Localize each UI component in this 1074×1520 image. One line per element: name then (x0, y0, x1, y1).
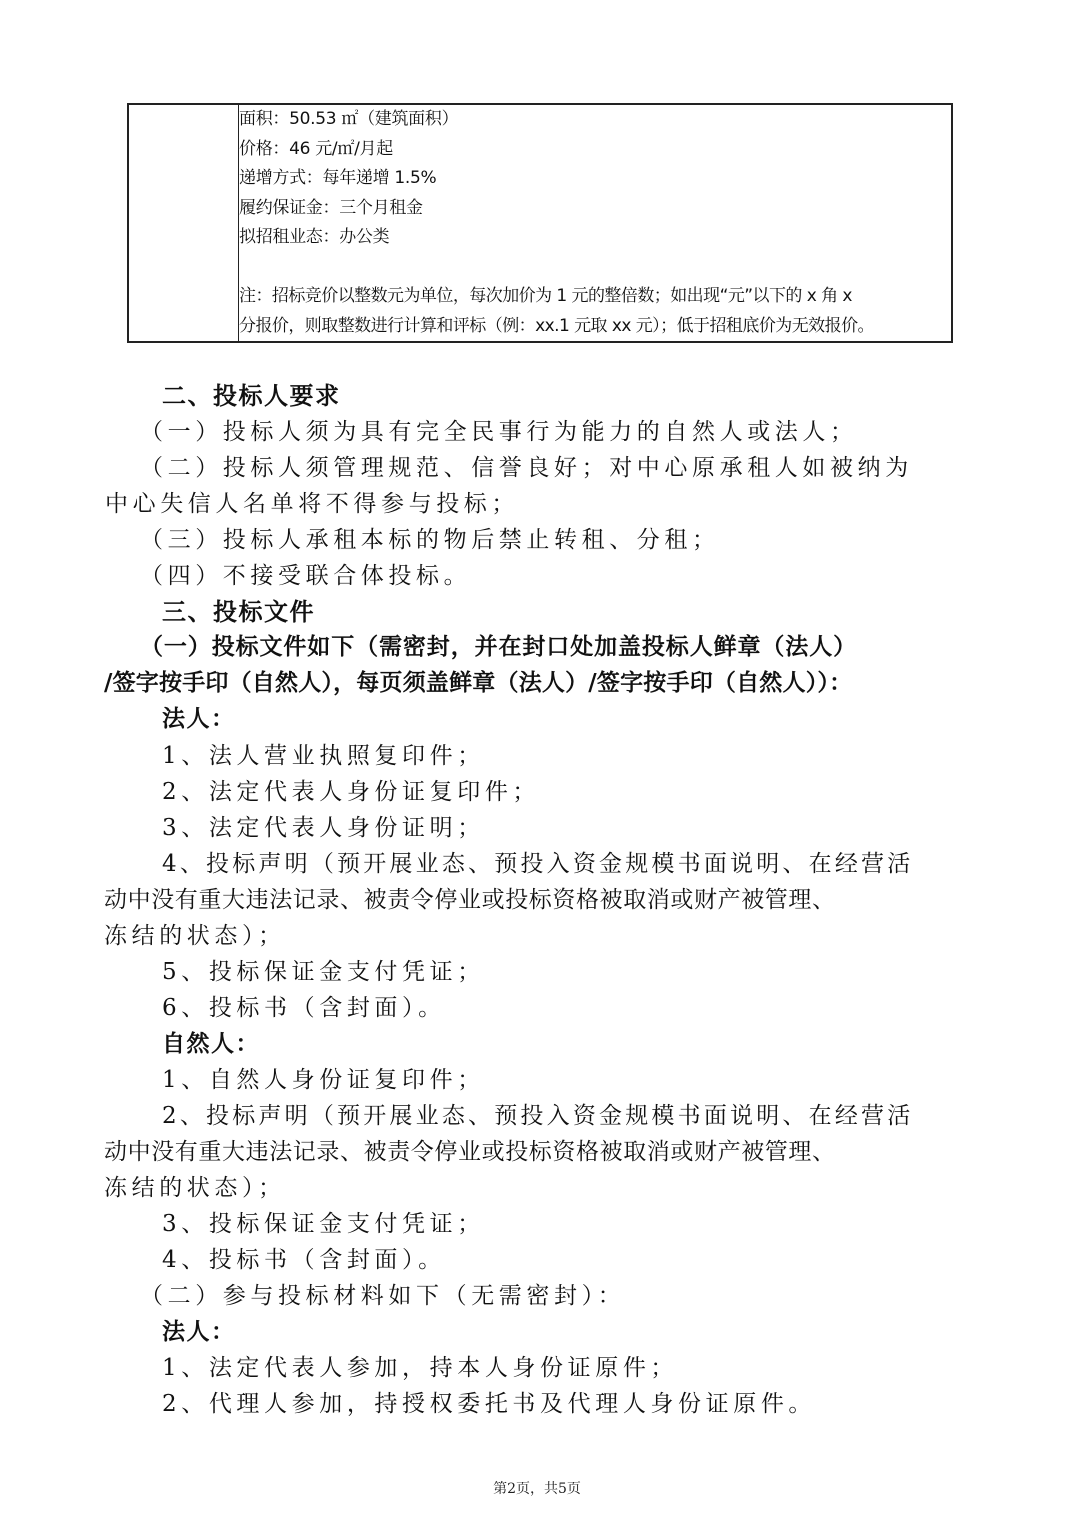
section2-item: （二）投标人须管理规范、信誉良好；对中心原承租人如被纳为 (140, 449, 913, 482)
section3-heading: 三、投标文件 (162, 592, 315, 627)
legal-item: 1、法人营业执照复印件； (162, 737, 485, 770)
property-info-table: 面积：50.53 ㎡（建筑面积） 价格：46 元/㎡/月起 递增方式：每年递增 … (127, 103, 953, 343)
natural-item-cont: 冻结的状态）； (104, 1169, 286, 1202)
natural-item: 3、投标保证金支付凭证； (162, 1205, 485, 1238)
business-type-line: 拟招租业态：办公类 (239, 223, 951, 253)
legal-item: 4、投标声明（预开展业态、预投入资金规模书面说明、在经营活 (162, 845, 913, 878)
legal-item-cont: 冻结的状态）； (104, 917, 286, 950)
natural-person-label: 自然人： (162, 1025, 260, 1058)
natural-item: 1、自然人身份证复印件； (162, 1061, 485, 1094)
natural-item: 2、投标声明（预开展业态、预投入资金规模书面说明、在经营活 (162, 1097, 913, 1130)
legal-item-cont: 动中没有重大违法记录、被责令停业或投标资格被取消或财产被管理、 (104, 881, 836, 914)
price-line: 价格：46 元/㎡/月起 (239, 135, 951, 165)
legal-item: 2、法定代表人身份证复印件； (162, 773, 540, 806)
sub2-legal-label: 法人： (162, 1313, 236, 1346)
legal-person-label: 法人： (162, 700, 236, 733)
table-left-cell (128, 104, 239, 342)
document-page: 面积：50.53 ㎡（建筑面积） 价格：46 元/㎡/月起 递增方式：每年递增 … (0, 0, 1074, 1520)
deposit-line: 履约保证金：三个月租金 (239, 194, 951, 224)
sub2-item: 1、法定代表人参加，持本人身份证原件； (162, 1349, 678, 1382)
table-right-cell: 面积：50.53 ㎡（建筑面积） 价格：46 元/㎡/月起 递增方式：每年递增 … (239, 104, 953, 342)
legal-item: 3、法定代表人身份证明； (162, 809, 485, 842)
area-line: 面积：50.53 ㎡（建筑面积） (239, 105, 951, 135)
blank-line (239, 253, 951, 283)
natural-item-cont: 动中没有重大违法记录、被责令停业或投标资格被取消或财产被管理、 (104, 1133, 836, 1166)
legal-item: 6、投标书（含封面）。 (162, 989, 446, 1022)
section2-item: （四）不接受联合体投标。 (140, 557, 471, 590)
section2-item: （一）投标人须为具有完全民事行为能力的自然人或法人； (140, 413, 858, 446)
page-indicator: 第2页，共5页 (0, 1478, 1074, 1498)
section3-sub1-line1: （一）投标文件如下（需密封，并在封口处加盖投标人鲜章（法人） (140, 628, 857, 661)
section2-item: （三）投标人承租本标的物后禁止转租、分租； (140, 521, 720, 554)
section3-sub2: （二）参与投标材料如下（无需密封）： (140, 1277, 625, 1310)
legal-item: 5、投标保证金支付凭证； (162, 953, 485, 986)
note-line-2: 分报价，则取整数进行计算和评标（例：xx.1 元取 xx 元）；低于招租底价为无… (239, 312, 951, 342)
increment-line: 递增方式：每年递增 1.5% (239, 164, 951, 194)
section3-sub1-line2: /签字按手印（自然人），每页须盖鲜章（法人）/签字按手印（自然人））： (104, 664, 852, 697)
sub2-item: 2、代理人参加，持授权委托书及代理人身份证原件。 (162, 1385, 816, 1418)
natural-item: 4、投标书（含封面）。 (162, 1241, 446, 1274)
section2-item-cont: 中心失信人名单将不得参与投标； (105, 485, 519, 518)
note-line-1: 注：招标竞价以整数元为单位，每次加价为 1 元的整倍数；如出现“元”以下的 x … (239, 282, 951, 312)
section2-heading: 二、投标人要求 (162, 376, 341, 411)
